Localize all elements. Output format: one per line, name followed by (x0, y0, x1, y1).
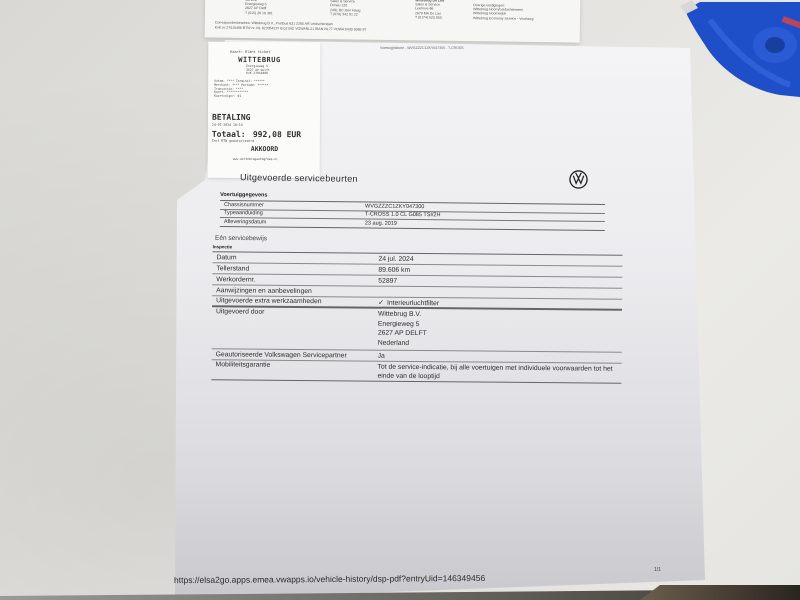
letterhead-col-1: Service Energieweg 5 2627 AP Delft T (01… (245, 0, 273, 15)
row-value: ✓Interieurluchtfilter (378, 298, 439, 307)
document-title: Uitgevoerde servicebeurten (240, 172, 358, 184)
row-value: 24 jul. 2024 (378, 255, 413, 262)
row-value: 89.606 km (378, 266, 410, 273)
letterhead-col-4: Overige vestigingen: Wittebrug Hoorn/Lei… (473, 3, 534, 21)
vehicle-data-table: Voertuiggegevens Chassisnummer WVGZZZC1Z… (220, 192, 605, 231)
receipt-address-line: KvK 27010498 (246, 72, 270, 76)
page-number: 1/1 (654, 567, 661, 573)
row-label: Datum (212, 254, 378, 262)
row-label: Werkordernr. (212, 276, 378, 284)
receipt-address: Energieweg 5 2627 AP Delft KvK 27010498 (246, 65, 270, 76)
receipt-meta: Autom: **** Terminal: ****** Merchant: *… (214, 80, 268, 99)
row-label: Chassisnummer (220, 202, 365, 210)
inspection-table: Inspectie Datum 24 jul. 2024 Tellerstand… (211, 244, 622, 384)
receipt-brand: WITTEBRUG (238, 56, 280, 64)
row-label: Afleveringsdatum (220, 219, 365, 227)
table-row: Uitgevoerd door Wittebrug B.V. Energiewe… (212, 307, 622, 353)
row-value: Ja (378, 352, 385, 359)
receipt-total-label: Totaal: (212, 130, 246, 139)
registration-info: KvK nr 27010498 BTW nr. NL 823354237 B.0… (215, 26, 367, 32)
row-label: Mobiliteitsgarantie (212, 361, 378, 369)
service-proof-label: Eén servicebewijs (215, 235, 267, 242)
table-row: Mobiliteitsgarantie Tot de service-indic… (211, 360, 621, 384)
letterhead-line: T (0174) 525 650 (415, 15, 444, 20)
desk-edge-dark (640, 585, 800, 600)
row-value: 23 aug. 2019 (365, 220, 397, 226)
letterhead-paper: Service Energieweg 5 2627 AP Delft T (01… (205, 0, 581, 43)
payment-receipt: Kaart: Klant ticket WITTEBRUG Energieweg… (208, 42, 321, 179)
row-label: Tellerstand (212, 265, 378, 273)
vw-logo-icon (569, 170, 588, 189)
row-label: Uitgevoerde extra werkzaamheden (212, 297, 378, 305)
document-header-strip: Voertuighistorie - WVGZZZC1ZKY047300 - T… (380, 46, 464, 50)
row-label: Uitgevoerd door (212, 308, 378, 316)
row-label: Typeaanduiding (220, 210, 365, 218)
row-value: T-CROSS 1.0 CL G085 TSI/2H (365, 212, 441, 219)
row-value: WVGZZZC1ZKY047300 (365, 203, 424, 210)
row-value: Tot de service-indicatie, bij alle voert… (377, 363, 617, 383)
receipt-datetime: 24-07-2024 10:14 (212, 123, 243, 127)
row-label: Aanwijzingen en aanbevelingen (212, 287, 378, 295)
letterhead-line: Wittebrug Economy Service - Voorburg (473, 16, 534, 21)
row-label: Geautoriseerde Volkswagen Servicepartner (212, 351, 378, 359)
receipt-meta-line: Kaartvolgnr: 01 (214, 95, 268, 99)
row-value-text: Interieurluchtfilter (387, 299, 439, 306)
receipt-header: Kaart: Klant ticket (230, 50, 270, 54)
address-line: Nederland (378, 338, 618, 350)
receipt-vat-note: Incl BTW geautoriseerd (212, 139, 254, 143)
receipt-total-amount: 992,08 EUR (253, 130, 301, 139)
receipt-total: Totaal: 992,08 EUR (212, 130, 246, 139)
letterhead-line: T (070) 342 91 22 (330, 12, 362, 17)
letterhead-line: T (015) 26 19 361 (245, 11, 273, 16)
correction-tape (680, 0, 800, 100)
receipt-url: www.wittebrugautogroep.nl (233, 157, 278, 161)
receipt-payment-label: BETALING (212, 113, 251, 122)
letterhead-col-2: Wittebrug Forepark Sales & Service Donau… (330, 0, 363, 17)
row-value: Wittebrug B.V. Energieweg 5 2627 AP DELF… (378, 310, 618, 350)
row-value: 52897 (378, 277, 397, 284)
letterhead-col-3: Wittebrug De Lier Sales & Service Leehov… (415, 0, 444, 20)
check-icon: ✓ (378, 299, 384, 306)
receipt-status: AKKOORD (251, 145, 278, 153)
